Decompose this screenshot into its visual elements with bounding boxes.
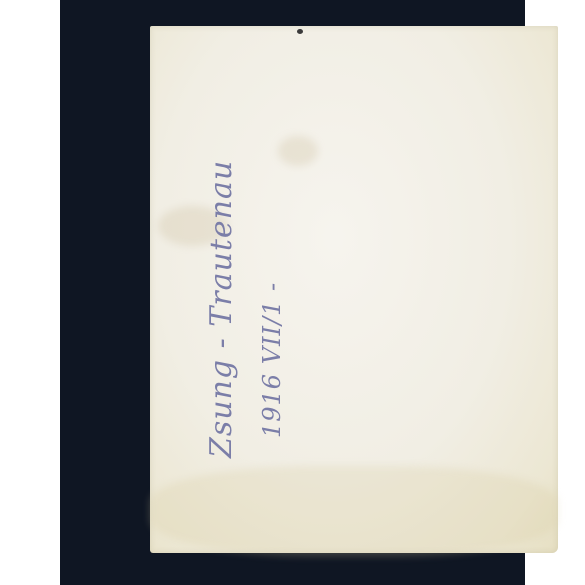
stain bbox=[278, 136, 318, 166]
yellowing bbox=[150, 466, 558, 556]
handwritten-date: 1916 VII/1 - bbox=[258, 282, 286, 438]
photo-back-paper: Zsung - Trautenau 1916 VII/1 - bbox=[150, 26, 558, 553]
dark-backdrop: Zsung - Trautenau 1916 VII/1 - bbox=[60, 0, 525, 585]
pin-hole bbox=[297, 29, 303, 34]
handwritten-location: Zsung - Trautenau bbox=[204, 160, 239, 458]
